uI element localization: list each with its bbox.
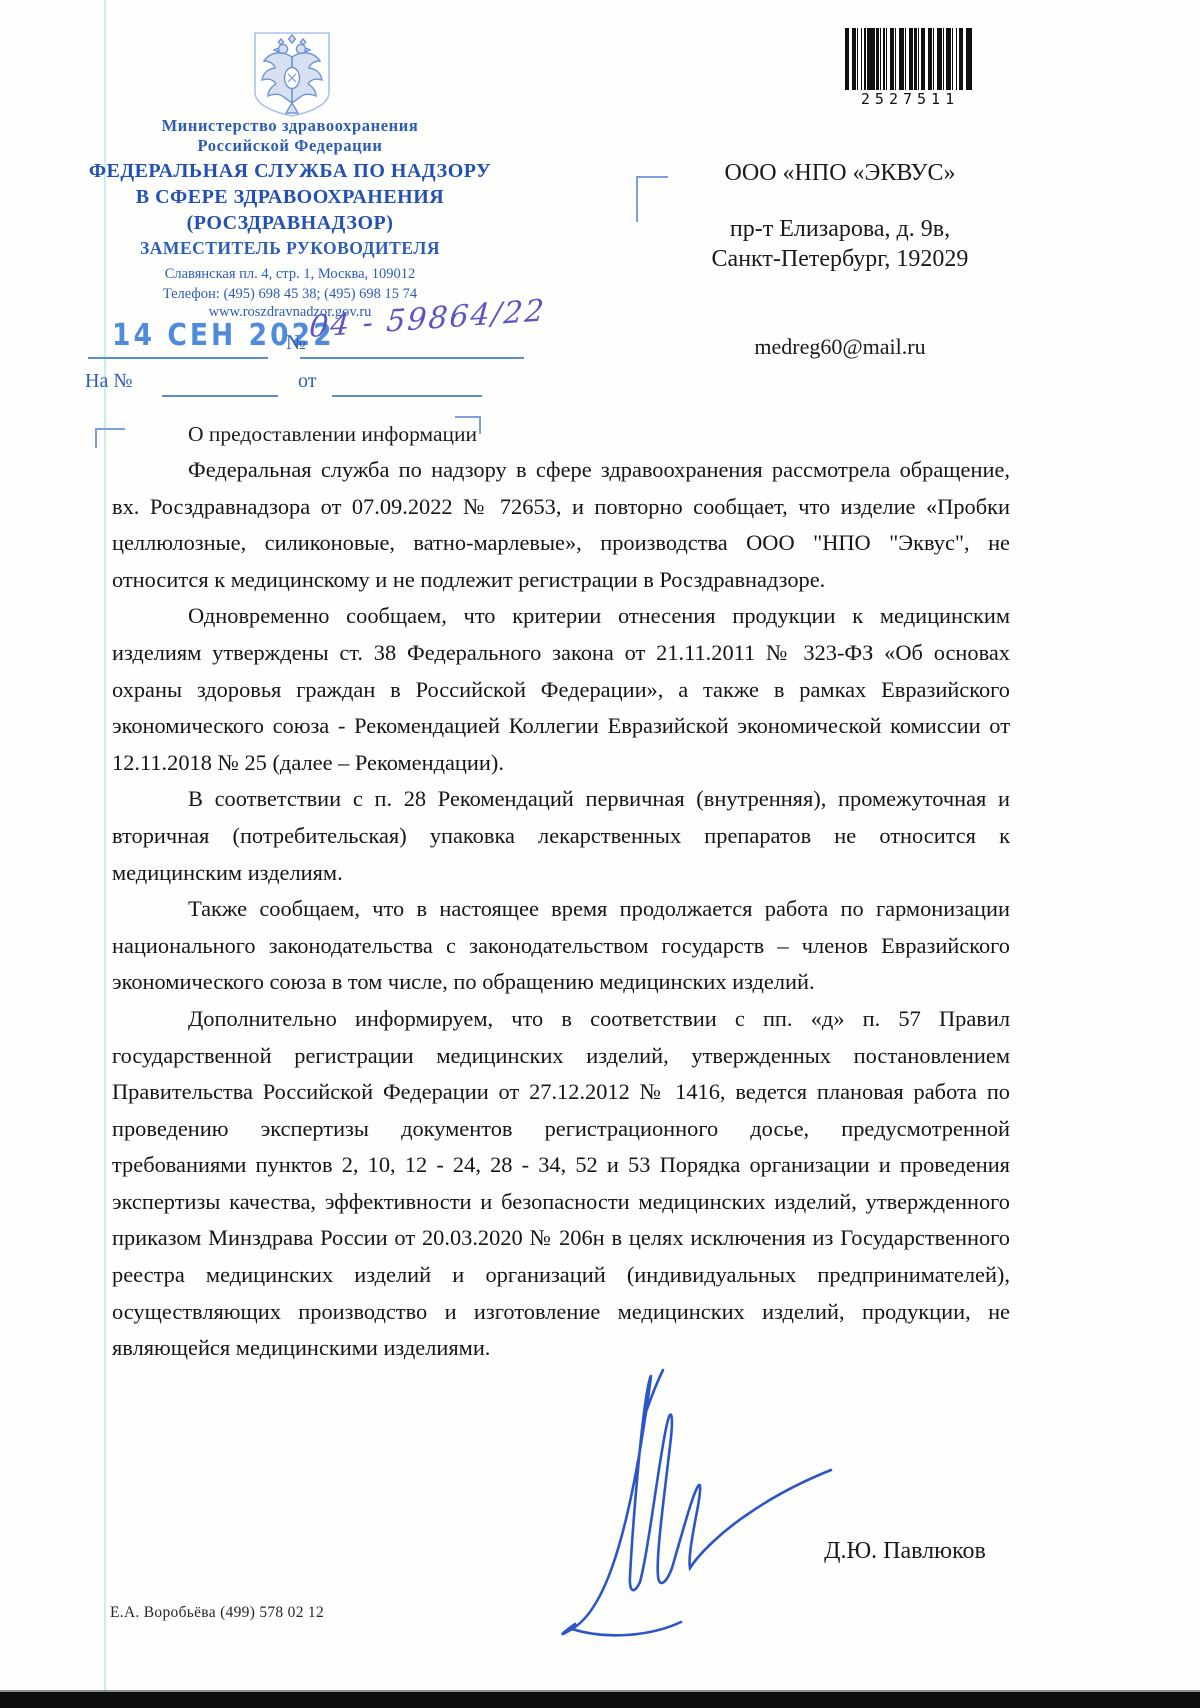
body-paragraph: Также сообщаем, что в настоящее время пр… — [112, 891, 1010, 1001]
letter-body: Федеральная служба по надзору в сфере зд… — [112, 452, 1010, 1367]
ministry-line1: Министерство здравоохранения — [70, 116, 510, 136]
service-line1: ФЕДЕРАЛЬНАЯ СЛУЖБА ПО НАДЗОРУ — [70, 158, 510, 184]
reference-number-underline — [162, 395, 278, 397]
position-title: ЗАМЕСТИТЕЛЬ РУКОВОДИТЕЛЯ — [70, 238, 510, 259]
recipient-name: ООО «НПО «ЭКВУС» — [630, 160, 1050, 187]
date-underline — [88, 357, 268, 359]
body-paragraph: Одновременно сообщаем, что критерии отне… — [112, 598, 1010, 781]
service-line2: В СФЕРЕ ЗДРАВООХРАНЕНИЯ — [70, 184, 510, 210]
registration-corner-mark-left — [95, 428, 125, 448]
outgoing-number-label: № — [286, 330, 306, 355]
letter-page: Министерство здравоохранения Российской … — [0, 0, 1200, 1708]
body-paragraph: В соответствии с п. 28 Рекомендаций перв… — [112, 781, 1010, 891]
scan-bottom-bar — [0, 1692, 1200, 1708]
executor-contact: Е.А. Воробьёва (499) 578 02 12 — [110, 1604, 324, 1622]
recipient-address-line2: Санкт-Петербург, 192029 — [630, 244, 1050, 274]
reference-ot-label: от — [298, 370, 316, 393]
service-name: ФЕДЕРАЛЬНАЯ СЛУЖБА ПО НАДЗОРУ В СФЕРЕ ЗД… — [70, 158, 510, 236]
reference-date-underline — [332, 395, 482, 397]
coat-of-arms-icon — [250, 30, 334, 120]
ministry-name: Министерство здравоохранения Российской … — [70, 116, 510, 156]
body-paragraph: Федеральная служба по надзору в сфере зд… — [112, 452, 1010, 598]
org-address: Славянская пл. 4, стр. 1, Москва, 109012 — [70, 266, 510, 283]
recipient-address: пр-т Елизарова, д. 9в, Санкт-Петербург, … — [630, 214, 1050, 274]
body-paragraph: Дополнительно информируем, что в соответ… — [112, 1001, 1010, 1367]
barcode-number: 2527511 — [845, 90, 975, 108]
service-line3: (РОСЗДРАВНАДЗОР) — [70, 210, 510, 236]
registration-corner-mark-right — [455, 416, 481, 434]
reference-na-label: На № — [85, 370, 132, 393]
recipient-address-line1: пр-т Елизарова, д. 9в, — [630, 214, 1050, 244]
subject-line: О предоставлении информации — [188, 422, 477, 447]
ministry-line2: Российской Федерации — [70, 136, 510, 156]
barcode — [845, 28, 975, 90]
number-underline — [300, 357, 524, 359]
signature-autograph — [545, 1340, 865, 1650]
recipient-email: medreg60@mail.ru — [630, 334, 1050, 360]
signer-name: Д.Ю. Павлюков — [795, 1538, 1015, 1565]
